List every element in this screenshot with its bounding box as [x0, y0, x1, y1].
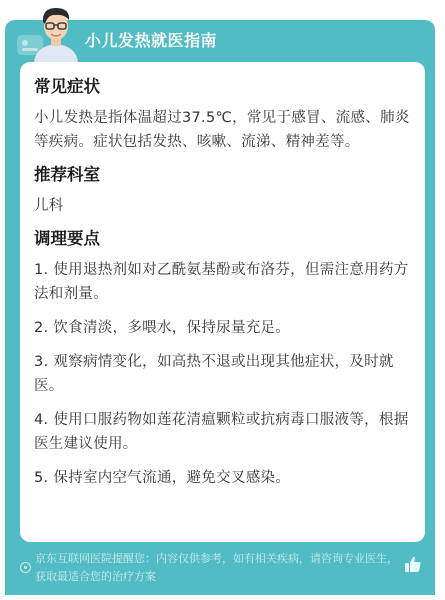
disclaimer-text: 京东互联网医院提醒您：内容仅供参考，如有相关疾病，请咨询专业医生，获取最适合您的… [35, 550, 405, 586]
section-title-symptoms: 常见症状 [34, 74, 411, 100]
page-title: 小儿发热就医指南 [85, 28, 217, 51]
thumbs-up-icon[interactable] [404, 555, 422, 573]
list-item: 1. 使用退热剂如对乙酰氨基酚或布洛芬，但需注意用药方法和剂量。 [34, 258, 411, 306]
department-text: 儿科 [34, 194, 411, 218]
section-title-care: 调理要点 [34, 226, 411, 252]
list-item: 3. 观察病情变化，如高热不退或出现其他症状，及时就医。 [34, 350, 411, 398]
symptoms-text: 小儿发热是指体温超过37.5℃，常见于感冒、流感、肺炎等疾病。症状包括发热、咳嗽… [34, 106, 411, 154]
content-card: 常见症状 小儿发热是指体温超过37.5℃，常见于感冒、流感、肺炎等疾病。症状包括… [20, 62, 425, 542]
list-item: 2. 饮食清淡，多喂水，保持尿量充足。 [34, 316, 411, 340]
section-title-department: 推荐科室 [34, 162, 411, 188]
info-icon [20, 562, 31, 573]
list-item: 4. 使用口服药物如莲花清瘟颗粒或抗病毒口服液等，根据医生建议使用。 [34, 408, 411, 456]
doctor-avatar-icon [28, 2, 84, 62]
list-item: 5. 保持室内空气流通，避免交叉感染。 [34, 466, 411, 490]
